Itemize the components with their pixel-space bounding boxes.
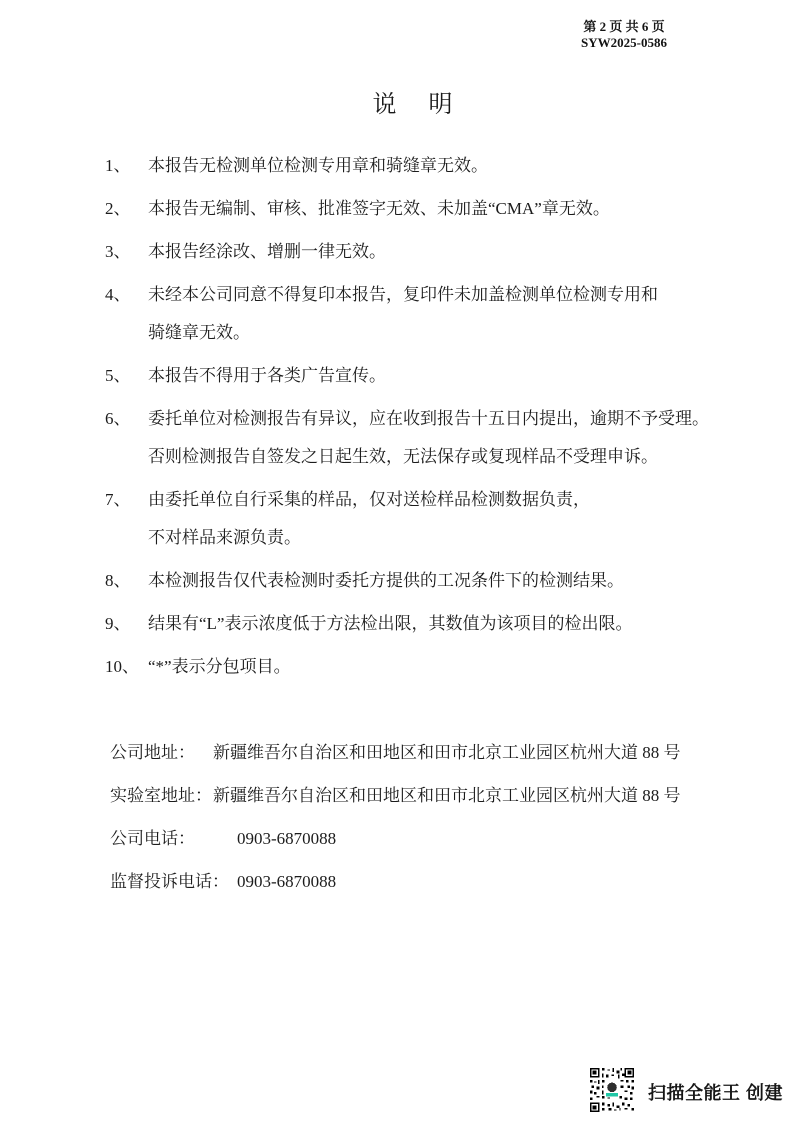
contact-label: 公司地址： bbox=[110, 731, 213, 774]
note-text: 本报告无检测单位检测专用章和骑缝章无效。 bbox=[148, 147, 735, 185]
camscanner-qr-code-icon bbox=[590, 1068, 634, 1112]
report-number: SYW2025-0586 bbox=[581, 35, 667, 51]
note-text: “*”表示分包项目。 bbox=[148, 648, 735, 686]
contact-label: 实验室地址： bbox=[110, 774, 213, 817]
contact-value: 0903-6870088 bbox=[237, 860, 336, 903]
note-text: 委托单位对检测报告有异议，应在收到报告十五日内提出，逾期不予受理。 否则检测报告… bbox=[148, 400, 735, 476]
contact-label: 公司电话： bbox=[110, 817, 237, 860]
note-number: 3、 bbox=[105, 233, 148, 271]
contact-label: 监督投诉电话： bbox=[110, 860, 237, 903]
page-header: 第 2 页 共 6 页 SYW2025-0586 bbox=[581, 19, 667, 51]
note-text: 结果有“L”表示浓度低于方法检出限，其数值为该项目的检出限。 bbox=[148, 605, 735, 643]
contact-value: 0903-6870088 bbox=[237, 817, 336, 860]
page-number: 第 2 页 共 6 页 bbox=[581, 19, 667, 35]
note-item: 5、 本报告不得用于各类广告宣传。 bbox=[105, 357, 735, 395]
notes-list: 1、 本报告无检测单位检测专用章和骑缝章无效。 2、 本报告无编制、审核、批准签… bbox=[105, 147, 735, 691]
camscanner-watermark: 扫描全能王 创建 bbox=[648, 1079, 783, 1105]
note-number: 5、 bbox=[105, 357, 148, 395]
note-item: 1、 本报告无检测单位检测专用章和骑缝章无效。 bbox=[105, 147, 735, 185]
qr-code-graphic bbox=[590, 1068, 634, 1112]
note-item: 3、 本报告经涂改、增删一律无效。 bbox=[105, 233, 735, 271]
note-item: 6、 委托单位对检测报告有异议，应在收到报告十五日内提出，逾期不予受理。 否则检… bbox=[105, 400, 735, 476]
note-text: 本检测报告仅代表检测时委托方提供的工况条件下的检测结果。 bbox=[148, 562, 735, 600]
contact-value: 新疆维吾尔自治区和田地区和田市北京工业园区杭州大道 88 号 bbox=[213, 731, 681, 774]
note-number: 8、 bbox=[105, 562, 148, 600]
contact-value: 新疆维吾尔自治区和田地区和田市北京工业园区杭州大道 88 号 bbox=[213, 774, 681, 817]
note-number: 4、 bbox=[105, 276, 148, 314]
note-item: 9、 结果有“L”表示浓度低于方法检出限，其数值为该项目的检出限。 bbox=[105, 605, 735, 643]
note-text: 本报告经涂改、增删一律无效。 bbox=[148, 233, 735, 271]
page-title: 说 明 bbox=[36, 84, 793, 119]
note-text: 由委托单位自行采集的样品，仅对送检样品检测数据负责， 不对样品来源负责。 bbox=[148, 481, 735, 557]
contact-row-company-phone: 公司电话： 0903-6870088 bbox=[110, 817, 730, 860]
qr-logo-accent-bar bbox=[606, 1093, 618, 1096]
note-item: 4、 未经本公司同意不得复印本报告，复印件未加盖检测单位检测专用和 骑缝章无效。 bbox=[105, 276, 735, 352]
contact-row-complaint-phone: 监督投诉电话： 0903-6870088 bbox=[110, 860, 730, 903]
note-item: 10、 “*”表示分包项目。 bbox=[105, 648, 735, 686]
note-number: 1、 bbox=[105, 147, 148, 185]
note-number: 2、 bbox=[105, 190, 148, 228]
contact-section: 公司地址： 新疆维吾尔自治区和田地区和田市北京工业园区杭州大道 88 号 实验室… bbox=[110, 731, 730, 903]
contact-row-lab-address: 实验室地址： 新疆维吾尔自治区和田地区和田市北京工业园区杭州大道 88 号 bbox=[110, 774, 730, 817]
note-number: 9、 bbox=[105, 605, 148, 643]
contact-row-company-address: 公司地址： 新疆维吾尔自治区和田地区和田市北京工业园区杭州大道 88 号 bbox=[110, 731, 730, 774]
note-item: 7、 由委托单位自行采集的样品，仅对送检样品检测数据负责， 不对样品来源负责。 bbox=[105, 481, 735, 557]
qr-logo-head bbox=[607, 1083, 617, 1093]
note-number: 6、 bbox=[105, 400, 148, 438]
note-text: 本报告无编制、审核、批准签字无效、未加盖“CMA”章无效。 bbox=[148, 190, 735, 228]
note-item: 8、 本检测报告仅代表检测时委托方提供的工况条件下的检测结果。 bbox=[105, 562, 735, 600]
note-number: 7、 bbox=[105, 481, 148, 519]
note-number: 10、 bbox=[105, 648, 148, 686]
note-text: 未经本公司同意不得复印本报告，复印件未加盖检测单位检测专用和 骑缝章无效。 bbox=[148, 276, 735, 352]
note-text: 本报告不得用于各类广告宣传。 bbox=[148, 357, 735, 395]
scanned-report-page: 第 2 页 共 6 页 SYW2025-0586 说 明 1、 本报告无检测单位… bbox=[0, 0, 793, 1122]
note-item: 2、 本报告无编制、审核、批准签字无效、未加盖“CMA”章无效。 bbox=[105, 190, 735, 228]
